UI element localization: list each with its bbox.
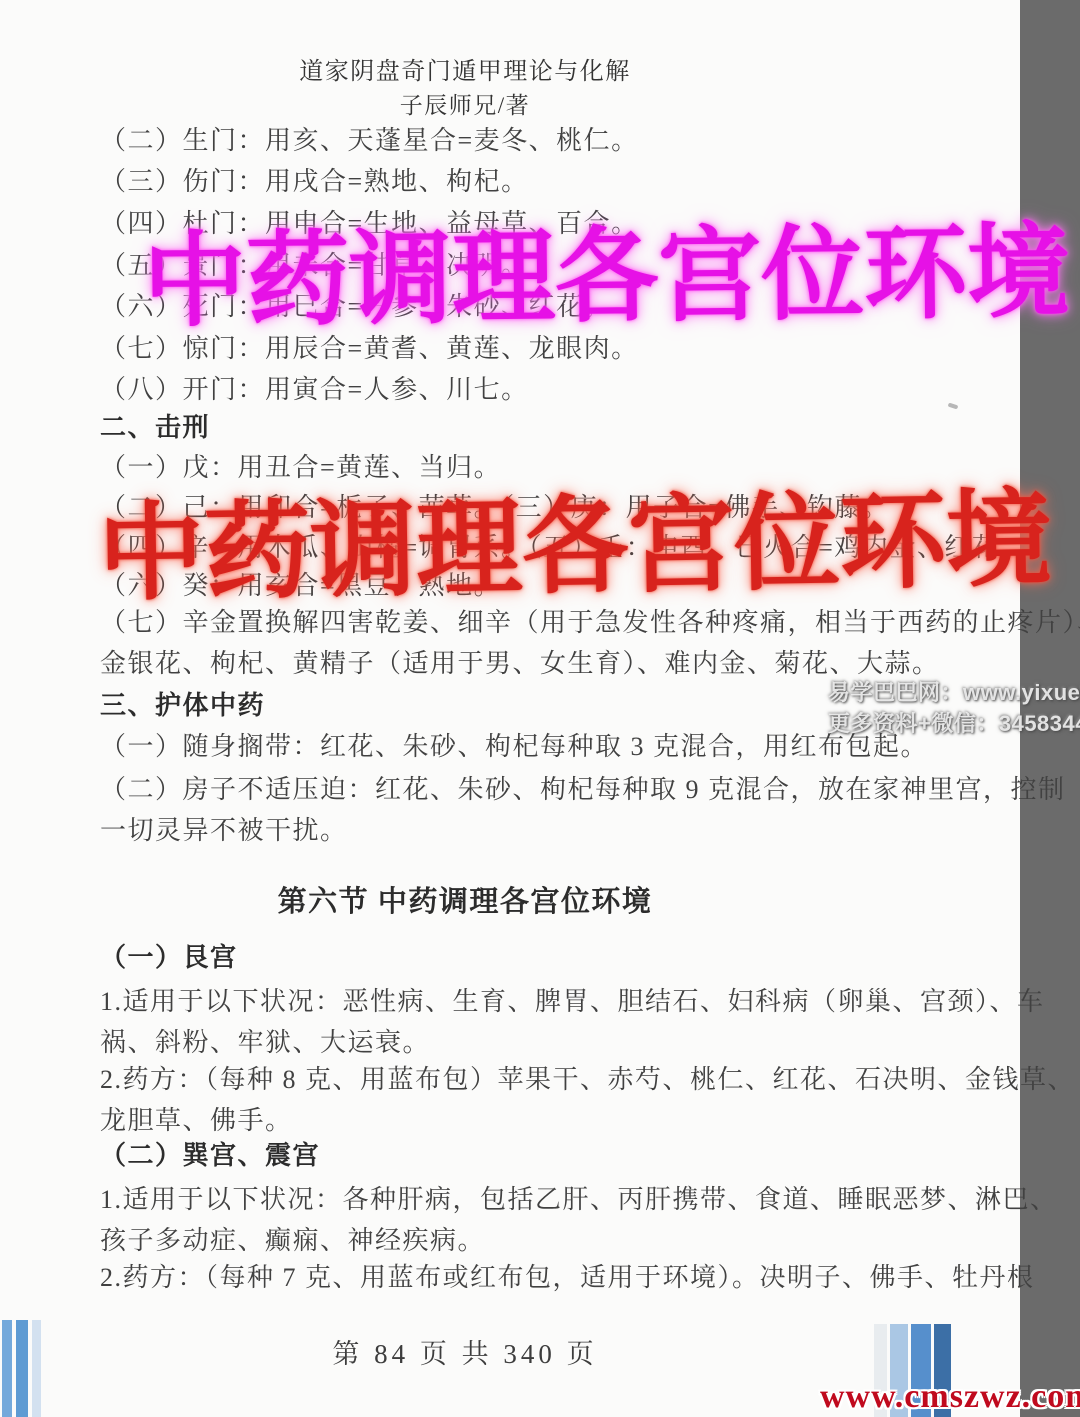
site-url-watermark: www.cmszwz.com: [820, 1378, 1080, 1416]
doc-line: （一）戊：用丑合=黄莲、当归。: [100, 452, 960, 484]
doc-line: 孩子多动症、癫痫、神经疾病。: [100, 1225, 960, 1257]
chapter-heading: 第六节 中药调理各宫位环境: [0, 886, 930, 918]
doc-line: （四）杜门：用申合=生地、益母草、百合。: [100, 208, 960, 240]
doc-line: 2.药方：（每种 7 克、用蓝布或红布包，适用于环境）。决明子、佛手、牡丹根: [100, 1262, 960, 1294]
doc-line: （二）房子不适压迫：红花、朱砂、枸杞每种取 9 克混合，放在家神里宫，控制: [100, 774, 960, 806]
page-number: 第 84 页 共 340 页: [0, 1338, 930, 1370]
doc-line: （六）死门：用巳合=丹参、朱砂、红花。: [100, 291, 960, 323]
bottom-left-blue-stripes: [2, 1320, 41, 1417]
doc-line: （四）辛：用木瓜、山楂=调胃系。（五）壬：申酉、巳火合=鸡内金、红花。: [100, 532, 960, 564]
book-title: 道家阴盘奇门遁甲理论与化解: [0, 56, 930, 88]
doc-line: （二）生门：用亥、天蓬星合=麦冬、桃仁。: [100, 125, 960, 157]
site-watermark-line2: 更多资料+微信：3458344044: [828, 707, 1080, 738]
book-author: 子辰师兄/著: [0, 90, 930, 122]
blue-stripe-pale: [32, 1320, 41, 1417]
doc-line: （六）癸：用亥合=黑豆、熟地。: [100, 570, 960, 602]
doc-line: 祸、斜粉、牢狱、大运衰。: [100, 1027, 960, 1059]
doc-line: 一切灵异不被干扰。: [100, 815, 960, 847]
doc-line: （三）伤门：用戌合=熟地、枸杞。: [100, 166, 960, 198]
blue-stripe: [2, 1320, 12, 1417]
site-watermark-line1: 易学巴巴网：www.yixue88.cn: [828, 676, 1080, 707]
subsection-xungong-zhengong: （二）巽宫、震宫: [100, 1140, 960, 1172]
doc-line: 2.药方：（每种 8 克、用蓝布包）苹果干、赤芍、桃仁、红花、石决明、金钱草、: [100, 1064, 960, 1096]
doc-line: 1.适用于以下状况：各种肝病，包括乙肝、丙肝携带、食道、睡眠恶梦、淋巴、: [100, 1184, 960, 1216]
doc-line: （五）景门：用未合=甘草、决明。: [100, 250, 960, 282]
blue-stripe: [16, 1320, 28, 1417]
doc-line: （七）辛金置换解四害乾姜、细辛（用于急发性各种疼痛，相当于西药的止疼片）、: [100, 607, 960, 639]
subsection-gengong: （一）艮宫: [100, 942, 960, 974]
doc-line: （二）己：用卯合=栀子、茜草。（三）庚：用子合=佛手、钩藤。: [100, 492, 960, 524]
section-heading-jixing: 二、击刑: [100, 412, 960, 444]
doc-line: （八）开门：用寅合=人参、川七。: [100, 374, 960, 406]
doc-line: 1.适用于以下状况：恶性病、生育、脾胃、胆结石、妇科病（卵巢、宫颈）、车: [100, 986, 960, 1018]
doc-line: （七）惊门：用辰合=黄耆、黄莲、龙眼肉。: [100, 333, 960, 365]
doc-line: 龙胆草、佛手。: [100, 1105, 960, 1137]
